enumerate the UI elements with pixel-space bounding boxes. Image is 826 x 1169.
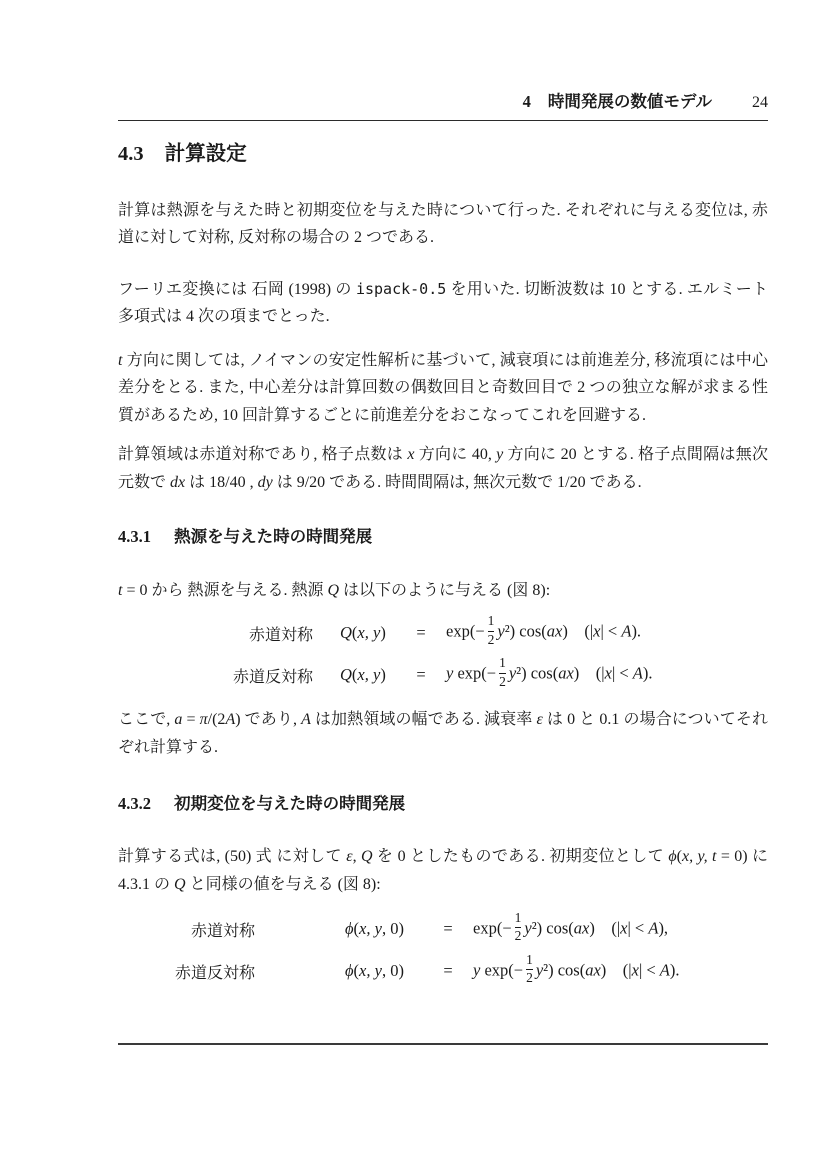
equation-lhs: Q(x, y): [313, 623, 408, 643]
subsection-heading-431: 4.3.1 熱源を与えた時の時間発展: [118, 526, 768, 548]
equation-block-initial-displacement: 赤道対称 ϕ(x, y, 0) = exp(−12y²) cos(ax) (|x…: [118, 908, 768, 992]
paragraph-3: t 方向に関しては, ノイマンの安定性解析に基づいて, 減衰項には前進差分, 移…: [118, 347, 768, 430]
header-section-number: 4: [523, 92, 531, 113]
header-section-title: 時間発展の数値モデル: [548, 92, 712, 113]
paragraph-6: ここで, a = π/(2A) であり, A は加熱領域の幅である. 減衰率 ε…: [118, 706, 768, 761]
document-page: 4 時間発展の数値モデル 24 4.3 計算設定 計算は熱源を与えた時と初期変位…: [0, 0, 826, 1169]
subsection-number: 4.3.1: [118, 527, 151, 546]
fraction: 12: [499, 656, 506, 690]
equation-label: 赤道対称: [118, 622, 313, 645]
subsection-title: 初期変位を与えた時の時間発展: [174, 795, 405, 813]
equation-rhs: exp(−12y²) cos(ax) (|x| < A),: [461, 913, 768, 947]
subsection-title: 熱源を与えた時の時間発展: [174, 528, 372, 546]
equation-block-heat-source: 赤道対称 Q(x, y) = exp(−12y²) cos(ax) (|x| <…: [118, 612, 768, 696]
equation-label: 赤道反対称: [118, 960, 255, 983]
footer-rule: [118, 1043, 768, 1045]
equals-sign: =: [408, 665, 434, 685]
header-page-number: 24: [752, 93, 768, 113]
equation-lhs: Q(x, y): [313, 665, 408, 685]
equation-rhs: y exp(−12y²) cos(ax) (|x| < A).: [461, 955, 768, 989]
running-header: 4 時間発展の数値モデル 24: [118, 0, 768, 121]
section-heading: 4.3 計算設定: [118, 141, 768, 168]
equation-row-symmetric: 赤道対称 Q(x, y) = exp(−12y²) cos(ax) (|x| <…: [118, 612, 768, 654]
fraction: 12: [526, 953, 533, 987]
text-block: 4 時間発展の数値モデル 24 4.3 計算設定 計算は熱源を与えた時と初期変位…: [118, 0, 768, 992]
equals-sign: =: [408, 623, 434, 643]
paragraph-5: t = 0 から 熱源を与える. 熱源 Q は以下のように与える (図 8):: [118, 577, 768, 605]
fraction: 12: [488, 614, 495, 648]
equation-row-antisymmetric: 赤道反対称 ϕ(x, y, 0) = y exp(−12y²) cos(ax) …: [118, 950, 768, 992]
subsection-number: 4.3.2: [118, 794, 151, 813]
section-number: 4.3: [118, 143, 144, 165]
fraction: 12: [515, 911, 522, 945]
subsection-heading-432: 4.3.2 初期変位を与えた時の時間発展: [118, 793, 768, 815]
equals-sign: =: [435, 961, 461, 981]
equals-sign: =: [435, 919, 461, 939]
equation-rhs: exp(−12y²) cos(ax) (|x| < A).: [434, 616, 768, 650]
paragraph-7: 計算する式は, (50) 式 に対して ε, Q を 0 としたものである. 初…: [118, 843, 768, 898]
equation-row-symmetric: 赤道対称 ϕ(x, y, 0) = exp(−12y²) cos(ax) (|x…: [118, 908, 768, 950]
equation-label: 赤道反対称: [118, 664, 313, 687]
equation-rhs: y exp(−12y²) cos(ax) (|x| < A).: [434, 658, 768, 692]
equation-label: 赤道対称: [118, 918, 255, 941]
paragraph-4: 計算領域は赤道対称であり, 格子点数は x 方向に 40, y 方向に 20 と…: [118, 441, 768, 496]
paragraph-1: 計算は熱源を与えた時と初期変位を与えた時について行った. それぞれに与える変位は…: [118, 197, 768, 252]
section-title: 計算設定: [165, 142, 247, 165]
equation-lhs: ϕ(x, y, 0): [255, 961, 435, 981]
paragraph-2: フーリエ変換には 石岡 (1998) の ispack-0.5 を用いた. 切断…: [118, 276, 768, 331]
equation-lhs: ϕ(x, y, 0): [255, 919, 435, 939]
equation-row-antisymmetric: 赤道反対称 Q(x, y) = y exp(−12y²) cos(ax) (|x…: [118, 654, 768, 696]
